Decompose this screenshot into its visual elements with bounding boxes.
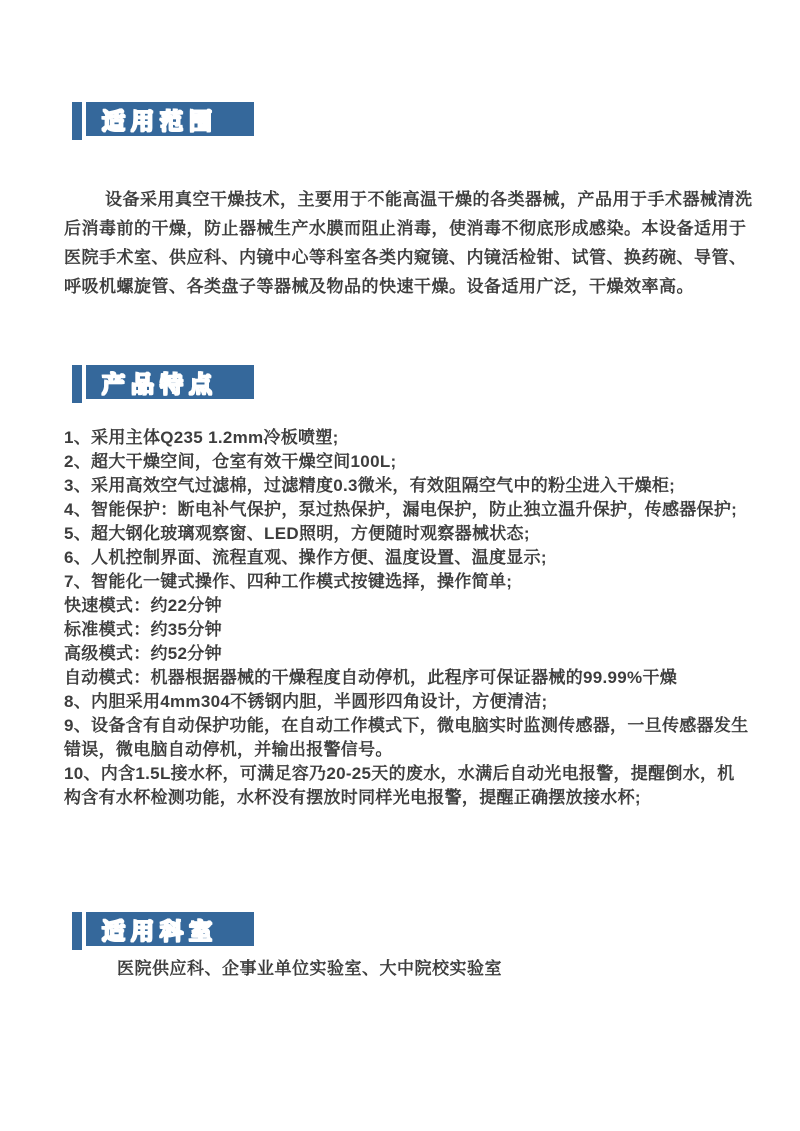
feature-line: 1、采用主体Q235 1.2mm冷板喷塑; bbox=[64, 426, 764, 450]
feature-line: 8、内胆采用4mm304不锈钢内胆，半圆形四角设计，方便清洁; bbox=[64, 690, 764, 714]
feature-line: 10、内含1.5L接水杯，可满足容乃20-25天的废水，水满后自动光电报警，提醒… bbox=[64, 762, 764, 786]
feature-line-mode-auto: 自动模式：机器根据器械的干燥程度自动停机，此程序可保证器械的99.99%干燥 bbox=[64, 666, 764, 690]
feature-line: 7、智能化一键式操作、四种工作模式按键选择，操作简单; bbox=[64, 570, 764, 594]
section-title-features: 产品特点 bbox=[86, 365, 254, 399]
feature-line: 错误，微电脑自动停机，并输出报警信号。 bbox=[64, 738, 764, 762]
paragraph-line: 呼吸机螺旋管、各类盘子等器械及物品的快速干燥。设备适用广泛，干燥效率高。 bbox=[64, 272, 754, 301]
feature-line: 2、超大干燥空间，仓室有效干燥空间100L; bbox=[64, 450, 764, 474]
section-title-departments: 适用科室 bbox=[86, 912, 254, 946]
paragraph-line: 设备采用真空干燥技术，主要用于不能高温干燥的各类器械，产品用于手术器械清洗 bbox=[64, 185, 754, 214]
feature-line-mode-standard: 标准模式：约35分钟 bbox=[64, 618, 764, 642]
paragraph-line: 后消毒前的干燥，防止器械生产水膜而阻止消毒，使消毒不彻底形成感染。本设备适用于 bbox=[64, 214, 754, 243]
header-accent-bar bbox=[72, 102, 82, 140]
paragraph-line: 医院手术室、供应科、内镜中心等科室各类内窥镜、内镜活检钳、试管、换药碗、导管、 bbox=[64, 243, 754, 272]
document-page: 适用范围 设备采用真空干燥技术，主要用于不能高温干燥的各类器械，产品用于手术器械… bbox=[0, 0, 800, 1131]
section-header-departments: 适用科室 bbox=[72, 912, 254, 950]
header-accent-bar bbox=[72, 912, 82, 950]
feature-line: 5、超大钢化玻璃观察窗、LED照明，方便随时观察器械状态; bbox=[64, 522, 764, 546]
section-header-scope: 适用范围 bbox=[72, 102, 254, 140]
section-header-features: 产品特点 bbox=[72, 365, 254, 403]
departments-text: 医院供应科、企事业单位实验室、大中院校实验室 bbox=[117, 957, 502, 981]
feature-line-mode-advanced: 高级模式：约52分钟 bbox=[64, 642, 764, 666]
feature-line: 9、设备含有自动保护功能，在自动工作模式下，微电脑实时监测传感器，一旦传感器发生 bbox=[64, 714, 764, 738]
feature-line: 6、人机控制界面、流程直观、操作方便、温度设置、温度显示; bbox=[64, 546, 764, 570]
header-accent-bar bbox=[72, 365, 82, 403]
feature-line: 4、智能保护：断电补气保护，泵过热保护，漏电保护，防止独立温升保护，传感器保护; bbox=[64, 498, 764, 522]
section-title-scope: 适用范围 bbox=[86, 102, 254, 136]
feature-line: 3、采用高效空气过滤棉，过滤精度0.3微米，有效阻隔空气中的粉尘进入干燥柜; bbox=[64, 474, 764, 498]
feature-line-mode-fast: 快速模式：约22分钟 bbox=[64, 594, 764, 618]
feature-list: 1、采用主体Q235 1.2mm冷板喷塑; 2、超大干燥空间，仓室有效干燥空间1… bbox=[64, 426, 764, 810]
scope-paragraph: 设备采用真空干燥技术，主要用于不能高温干燥的各类器械，产品用于手术器械清洗 后消… bbox=[64, 185, 754, 301]
feature-line: 构含有水杯检测功能，水杯没有摆放时同样光电报警，提醒正确摆放接水杯; bbox=[64, 786, 764, 810]
